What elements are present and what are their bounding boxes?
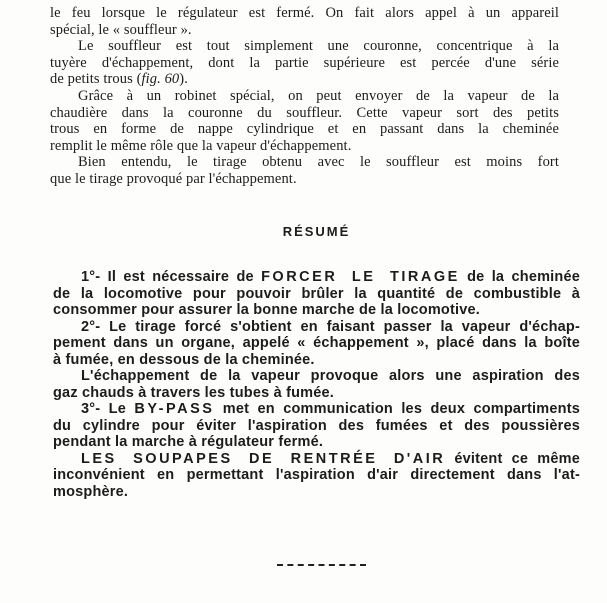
text-line: tuyère d'échappement, dont la partie sup… [50, 55, 559, 72]
text-line: LES SOUPAPES DE RENTRÉE D'AIR évitent ce… [53, 451, 580, 468]
text-segment: FORCER LE TIRAGE [261, 269, 460, 285]
text-segment: Bien entendu, le tirage obtenu avec le s… [78, 154, 559, 170]
text-segment: le feu lorsque le régulateur est fermé. … [50, 5, 559, 21]
text-line: consommer pour assurer la bonne marche d… [53, 302, 580, 319]
text-line: pement dans un organe, appelé « échappem… [53, 335, 580, 352]
text-segment: spécial, le « souffleur ». [50, 22, 192, 38]
text-segment: fig. 60 [142, 71, 180, 87]
text-segment: de la cheminée [460, 269, 580, 285]
end-rule [277, 564, 366, 566]
text-line: trous en forme de nappe cylindrique et e… [50, 121, 559, 138]
text-segment: inconvénient en permettant l'aspiration … [53, 467, 580, 483]
text-segment: chaudière dans la couronne du souffleur.… [50, 105, 559, 121]
text-line: le feu lorsque le régulateur est fermé. … [50, 5, 559, 22]
text-line: mosphère. [53, 484, 580, 501]
text-line: 1°- Il est nécessaire de FORCER LE TIRAG… [53, 269, 580, 286]
text-segment: L'échappement de la vapeur provoque alor… [81, 368, 580, 384]
text-line: du cylindre pour éviter l'aspiration des… [53, 418, 580, 435]
intro-section: le feu lorsque le régulateur est fermé. … [50, 5, 559, 188]
text-segment: LES SOUPAPES DE RENTRÉE D'AIR [81, 451, 445, 467]
text-segment: Le souffleur est tout simplement une cou… [78, 38, 559, 54]
text-segment: tuyère d'échappement, dont la partie sup… [50, 55, 559, 71]
text-line: 3°- Le BY-PASS met en communication les … [53, 401, 580, 418]
text-segment: 1°- Il est nécessaire de [81, 269, 261, 285]
book-page: le feu lorsque le régulateur est fermé. … [0, 0, 607, 603]
text-segment: trous en forme de nappe cylindrique et e… [50, 121, 559, 137]
text-line: Le souffleur est tout simplement une cou… [50, 38, 559, 55]
text-segment: que le tirage provoqué par l'échappement… [50, 171, 297, 187]
text-segment: gaz chauds à travers les tubes à fumée. [53, 385, 334, 401]
text-segment: remplit le même rôle que la vapeur d'éch… [50, 138, 351, 154]
text-segment: pement dans un organe, appelé « échappem… [53, 335, 580, 351]
text-line: de petits trous (fig. 60). [50, 71, 559, 88]
resume-section: 1°- Il est nécessaire de FORCER LE TIRAG… [53, 269, 580, 500]
text-segment: ). [179, 71, 188, 87]
text-line: inconvénient en permettant l'aspiration … [53, 467, 580, 484]
resume-heading: RÉSUMÉ [53, 224, 580, 239]
text-line: que le tirage provoqué par l'échappement… [50, 171, 559, 188]
text-segment: de petits trous ( [50, 71, 142, 87]
text-line: spécial, le « souffleur ». [50, 22, 559, 39]
text-line: remplit le même rôle que la vapeur d'éch… [50, 138, 559, 155]
text-segment: du cylindre pour éviter l'aspiration des… [53, 418, 580, 434]
text-segment: pendant la marche à régulateur fermé. [53, 434, 323, 450]
text-line: de la locomotive pour pouvoir brûler la … [53, 286, 580, 303]
text-line: L'échappement de la vapeur provoque alor… [53, 368, 580, 385]
text-segment: de la locomotive pour pouvoir brûler la … [53, 286, 580, 302]
text-line: gaz chauds à travers les tubes à fumée. [53, 385, 580, 402]
text-line: pendant la marche à régulateur fermé. [53, 434, 580, 451]
text-segment: Grâce à un robinet spécial, on peut envo… [78, 88, 559, 104]
text-segment: évitent ce même [445, 451, 580, 467]
text-line: chaudière dans la couronne du souffleur.… [50, 105, 559, 122]
text-segment: met en communication les deux compartime… [214, 401, 580, 417]
text-segment: 3°- Le [81, 401, 134, 417]
text-line: 2°- Le tirage forcé s'obtient en faisant… [53, 319, 580, 336]
text-line: Grâce à un robinet spécial, on peut envo… [50, 88, 559, 105]
text-line: Bien entendu, le tirage obtenu avec le s… [50, 154, 559, 171]
text-line: à fumée, en dessous de la cheminée. [53, 352, 580, 369]
text-segment: mosphère. [53, 484, 128, 500]
text-segment: BY-PASS [134, 401, 214, 417]
text-segment: 2°- Le tirage forcé s'obtient en faisant… [81, 319, 580, 335]
text-segment: consommer pour assurer la bonne marche d… [53, 302, 480, 318]
text-segment: à fumée, en dessous de la cheminée. [53, 352, 315, 368]
